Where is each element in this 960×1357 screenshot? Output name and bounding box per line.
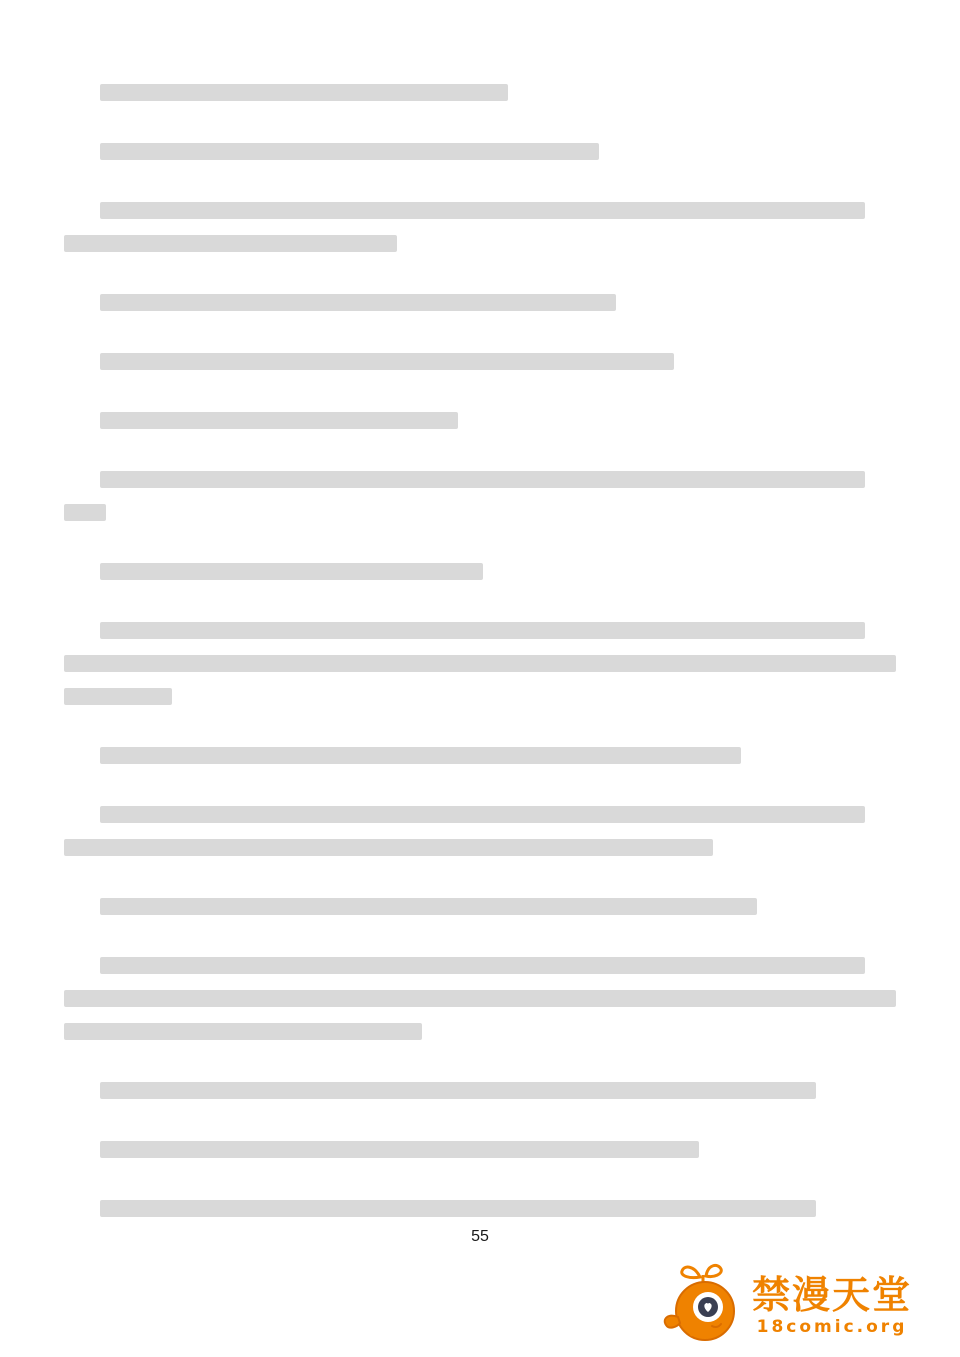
redacted-text-bar <box>64 839 713 856</box>
site-watermark: 禁漫天堂 18comic.org <box>660 1261 942 1351</box>
paragraph <box>64 135 896 168</box>
paragraph <box>64 614 896 713</box>
text-line <box>64 798 896 831</box>
redacted-text-bar <box>64 655 896 672</box>
redacted-text-bar <box>100 294 616 311</box>
paragraph <box>64 739 896 772</box>
redacted-text-bar <box>100 471 865 488</box>
text-line <box>64 680 896 713</box>
text-line <box>64 345 896 378</box>
redacted-text-bar <box>100 202 865 219</box>
watermark-text: 禁漫天堂 18comic.org <box>752 1277 912 1336</box>
text-line <box>64 1133 896 1166</box>
text-line <box>64 614 896 647</box>
document-page: 55 禁漫天堂 <box>0 0 960 1357</box>
redacted-text-bar <box>100 747 741 764</box>
text-line <box>64 463 896 496</box>
redacted-text-bar <box>100 806 865 823</box>
redacted-text-bar <box>100 84 508 101</box>
text-line <box>64 286 896 319</box>
story-text-redacted <box>64 76 896 1251</box>
text-line <box>64 555 896 588</box>
watermark-brand-name: 禁漫天堂 <box>752 1277 912 1315</box>
redacted-text-bar <box>64 990 896 1007</box>
paragraph <box>64 194 896 260</box>
redacted-text-bar <box>100 143 599 160</box>
paragraph <box>64 463 896 529</box>
text-line <box>64 194 896 227</box>
paragraph <box>64 798 896 864</box>
redacted-text-bar <box>100 1082 816 1099</box>
text-line <box>64 135 896 168</box>
paragraph <box>64 1192 896 1225</box>
redacted-text-bar <box>64 1023 422 1040</box>
text-line <box>64 890 896 923</box>
orange-mascot-icon <box>660 1261 746 1351</box>
text-line <box>64 1192 896 1225</box>
paragraph <box>64 76 896 109</box>
redacted-text-bar <box>100 353 674 370</box>
text-line <box>64 949 896 982</box>
text-line <box>64 1015 896 1048</box>
paragraph <box>64 404 896 437</box>
redacted-text-bar <box>100 898 757 915</box>
text-line <box>64 496 896 529</box>
paragraph <box>64 555 896 588</box>
redacted-text-bar <box>100 563 483 580</box>
paragraph <box>64 345 896 378</box>
redacted-text-bar <box>100 622 865 639</box>
text-line <box>64 76 896 109</box>
redacted-text-bar <box>100 1200 816 1217</box>
paragraph <box>64 1133 896 1166</box>
watermark-site-url: 18comic.org <box>757 1319 908 1336</box>
text-line <box>64 1074 896 1107</box>
paragraph <box>64 286 896 319</box>
text-line <box>64 404 896 437</box>
redacted-text-bar <box>100 412 458 429</box>
redacted-text-bar <box>64 504 106 521</box>
redacted-text-bar <box>64 688 172 705</box>
text-line <box>64 647 896 680</box>
paragraph <box>64 1074 896 1107</box>
text-line <box>64 227 896 260</box>
redacted-text-bar <box>64 235 397 252</box>
redacted-text-bar <box>100 1141 699 1158</box>
paragraph <box>64 949 896 1048</box>
page-number: 55 <box>0 1228 960 1246</box>
paragraph <box>64 890 896 923</box>
text-line <box>64 831 896 864</box>
text-line <box>64 982 896 1015</box>
text-line <box>64 739 896 772</box>
redacted-text-bar <box>100 957 865 974</box>
